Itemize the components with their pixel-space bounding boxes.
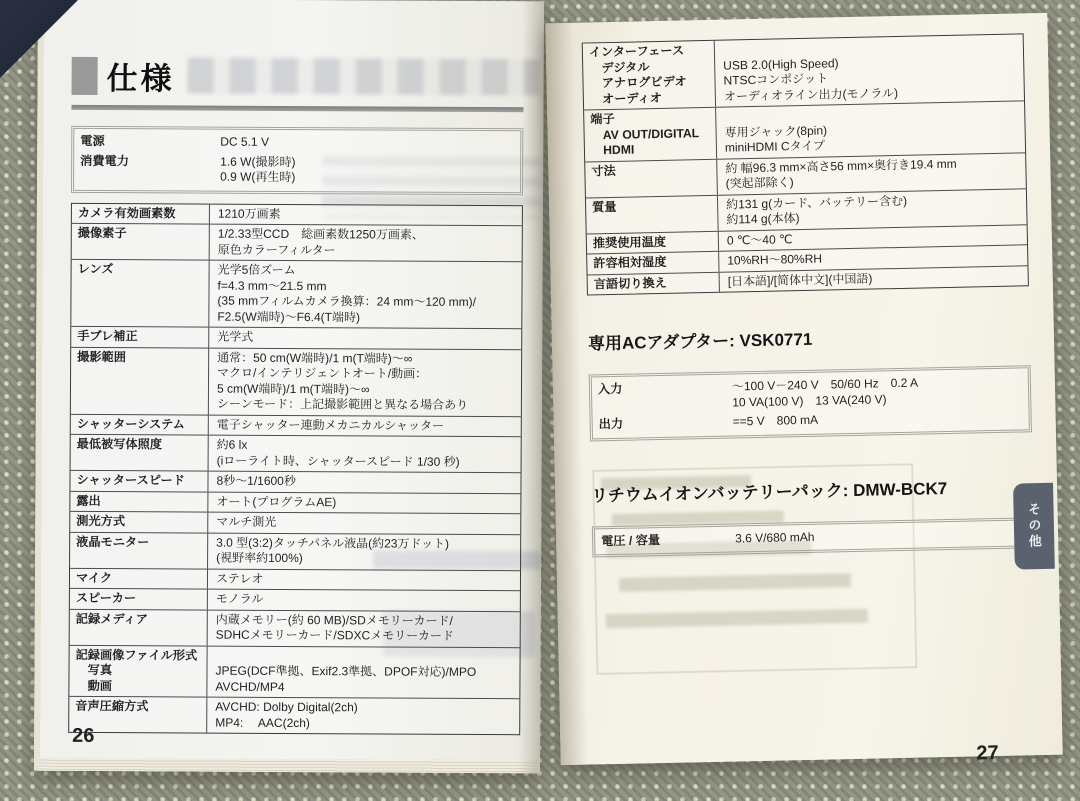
- spec-value-line: ステレオ: [216, 571, 516, 588]
- spec-label-line: 言語切り換え: [594, 274, 717, 292]
- spec-row: 消費電力1.6 W(撮影時)0.9 W(再生時): [74, 151, 520, 188]
- spec-label-line: 質量: [592, 197, 715, 215]
- spec-row: マイクステレオ: [70, 567, 520, 590]
- spec-value-line: AVCHD/MP4: [215, 679, 515, 696]
- spec-row: インターフェース デジタル アナログビデオ オーディオUSB 2.0(High …: [583, 34, 1024, 109]
- camera-spec-table: カメラ有効画素数1210万画素撮像素子1/2.33型CCD 総画素数1250万画…: [68, 202, 523, 735]
- spec-value-line: マルチ測光: [216, 515, 516, 532]
- spec-value-line: AVCHD: Dolby Digital(2ch): [215, 700, 515, 717]
- spec-row: 手ブレ補正光学式: [71, 326, 521, 349]
- spec-label-line: 入力: [598, 380, 722, 398]
- spec-label: 推奨使用温度: [587, 231, 719, 253]
- spec-value-line: 光学式: [217, 330, 517, 347]
- spec-label-line: 電源: [80, 134, 210, 150]
- spec-value-line: (35 mmフィルムカメラ換算：24 mm～120 mm)/: [217, 294, 517, 311]
- spec-value-line: f=4.3 mm～21.5 mm: [217, 278, 517, 295]
- page-number-left: 26: [72, 725, 94, 748]
- right-page: インターフェース デジタル アナログビデオ オーディオUSB 2.0(High …: [545, 13, 1062, 765]
- spec-label: 記録画像ファイル形式 写真 動画: [69, 645, 207, 696]
- spec-row: シャッタースピード8秒～1/1600秒: [70, 470, 520, 493]
- spec-value-line: 通常：50 cm(W端時)/1 m(T端時)～∞: [217, 350, 517, 367]
- spec-value: 8秒～1/1600秒: [208, 472, 520, 493]
- spec-label: シャッターシステム: [71, 414, 209, 434]
- spec-value-line: SDHCメモリーカード/SDXCメモリーカード: [216, 628, 516, 645]
- spec-label: 露出: [70, 491, 208, 511]
- spec-label-line: 音声圧縮方式: [75, 699, 204, 715]
- spec-label: スピーカー: [70, 589, 208, 609]
- spec-row: 端子 AV OUT/DIGITAL HDMI専用ジャック(8pin)miniHD…: [584, 100, 1025, 161]
- spec-label: 記録メディア: [70, 609, 208, 645]
- interface-spec-table: インターフェース デジタル アナログビデオ オーディオUSB 2.0(High …: [582, 33, 1029, 295]
- left-page: 仕様 電源DC 5.1 V消費電力1.6 W(撮影時)0.9 W(再生時) カメ…: [34, 0, 544, 773]
- spec-label: 出力: [593, 413, 725, 435]
- spec-value: 約 幅96.3 mm×高さ56 mm×奥行き19.4 mm(突起部除く): [717, 153, 1026, 194]
- spec-label: カメラ有効画素数: [72, 203, 210, 223]
- spec-value-line: ==5 V 800 mA: [733, 408, 1025, 430]
- right-page-content: インターフェース デジタル アナログビデオ オーディオUSB 2.0(High …: [546, 33, 1063, 785]
- spec-label: 手ブレ補正: [71, 327, 209, 347]
- spec-row: 測光方式マルチ測光: [70, 511, 520, 534]
- spec-row: 記録メディア内蔵メモリー(約 60 MB)/SDメモリーカード/SDHCメモリー…: [70, 608, 520, 646]
- spec-value-line: [日本語]/[简体中文](中国語): [728, 268, 1024, 290]
- spec-row: レンズ光学5倍ズームf=4.3 mm～21.5 mm(35 mmフィルムカメラ換…: [71, 259, 521, 328]
- spec-label-line: 寸法: [591, 161, 714, 179]
- spec-label-line: 消費電力: [80, 153, 210, 169]
- spec-row: スピーカーモノラル: [70, 588, 520, 611]
- spec-value: 3.6 V/680 mAh: [727, 523, 1031, 549]
- spec-label-line: 液晶モニター: [76, 534, 205, 550]
- spec-value: 通常：50 cm(W端時)/1 m(T端時)～∞マクロ/インテリジェントオート/…: [209, 348, 521, 416]
- spec-label-line: 許容相対湿度: [593, 254, 716, 272]
- spec-label-line: シャッターシステム: [77, 416, 206, 432]
- spec-label: インターフェース デジタル アナログビデオ オーディオ: [583, 41, 716, 110]
- spec-value: モノラル: [208, 590, 520, 611]
- spec-value: 1210万画素: [210, 204, 522, 225]
- spec-label-line: カメラ有効画素数: [78, 205, 207, 221]
- spec-label-line: 撮像素子: [78, 226, 207, 242]
- spec-value: 光学式: [209, 328, 521, 349]
- spec-value-line: 原色カラーフィルター: [218, 242, 518, 259]
- section-tab-sonota: その他: [1013, 483, 1055, 570]
- spec-row: 音声圧縮方式AVCHD: Dolby Digital(2ch)MP4: AAC(…: [69, 696, 519, 734]
- spec-label: 質量: [586, 195, 719, 233]
- spec-value: USB 2.0(High Speed)NTSCコンポジットオーディオライン出力(…: [715, 34, 1024, 106]
- spec-value-line: 8秒～1/1600秒: [216, 474, 516, 491]
- spec-value-line: シーンモード：上記撮影範囲と異なる場合あり: [217, 397, 517, 414]
- spec-label: 言語切り換え: [588, 272, 720, 294]
- spec-value-line: 内蔵メモリー(約 60 MB)/SDメモリーカード/: [216, 612, 516, 629]
- spec-label-line: オーディオ: [590, 89, 713, 107]
- spec-value-line: (iローライト時、シャッタースピード 1/30 秒): [217, 453, 517, 470]
- spec-value: AVCHD: Dolby Digital(2ch)MP4: AAC(2ch): [207, 698, 519, 735]
- ac-adapter-heading: 専用ACアダプター: VSK0771: [588, 320, 1030, 354]
- spec-value-line: 電子シャッター連動メカニカルシャッター: [217, 417, 517, 434]
- spec-label: シャッタースピード: [70, 471, 208, 491]
- battery-heading: リチウムイオンバッテリーパック: DMW-BCK7: [591, 472, 1033, 506]
- spec-label-line: 写真: [75, 663, 204, 679]
- spec-label-line: レンズ: [78, 262, 207, 278]
- spec-value: マルチ測光: [208, 513, 520, 534]
- spec-value: 専用ジャック(8pin)miniHDMI Cタイプ: [716, 101, 1025, 158]
- spec-value: 光学5倍ズームf=4.3 mm～21.5 mm(35 mmフィルムカメラ換算：2…: [209, 261, 521, 329]
- spec-value-line: (視野率約100%): [216, 551, 516, 568]
- ac-adapter-box: 入力～100 V－240 V 50/60 Hz 0.2 A10 VA(100 V…: [589, 365, 1032, 441]
- spec-label: 液晶モニター: [70, 532, 208, 568]
- spec-value-line: マクロ/インテリジェントオート/動画：: [217, 366, 517, 383]
- spec-label: 測光方式: [70, 512, 208, 532]
- spec-value-line: 約6 lx: [217, 438, 517, 455]
- spec-value-line: 1210万画素: [218, 206, 518, 223]
- spec-label: 寸法: [585, 159, 718, 197]
- section-header: 仕様: [72, 0, 525, 100]
- spec-value-line: 5 cm(W端時)/1 m(T端時)～∞: [217, 381, 517, 398]
- section-tab-label: その他: [1024, 502, 1044, 550]
- spec-row: 撮像素子1/2.33型CCD 総画素数1250万画素、原色カラーフィルター: [72, 223, 522, 261]
- title-marker: [72, 56, 98, 94]
- spec-label-line: 動画: [75, 678, 204, 694]
- spec-label-line: 露出: [76, 493, 205, 509]
- spec-row: 最低被写体照度約6 lx(iローライト時、シャッタースピード 1/30 秒): [71, 434, 521, 472]
- spec-value-line: JPEG(DCF準拠、Exif2.3準拠、DPOF対応)/MPO: [215, 664, 515, 681]
- header-rule: [71, 105, 523, 112]
- spec-row: 電源DC 5.1 V: [74, 132, 520, 154]
- spec-value: DC 5.1 V: [212, 133, 520, 154]
- spec-value-line: モノラル: [216, 592, 516, 609]
- spec-value: 約6 lx(iローライト時、シャッタースピード 1/30 秒): [209, 436, 521, 473]
- spec-label: レンズ: [71, 260, 209, 327]
- spec-label-line: 測光方式: [76, 514, 205, 530]
- spec-value: 約131 g(カード、バッテリー含む)約114 g(本体): [718, 189, 1027, 230]
- spec-label: 最低被写体照度: [71, 435, 209, 471]
- spec-value: ステレオ: [208, 569, 520, 590]
- spec-row: カメラ有効画素数1210万画素: [72, 203, 522, 225]
- spec-value: 内蔵メモリー(約 60 MB)/SDメモリーカード/SDHCメモリーカード/SD…: [208, 610, 520, 647]
- spec-row: 撮影範囲通常：50 cm(W端時)/1 m(T端時)～∞マクロ/インテリジェント…: [71, 346, 521, 415]
- spec-value: 1.6 W(撮影時)0.9 W(再生時): [212, 152, 520, 189]
- spec-row: 液晶モニター3.0 型(3:2)タッチパネル液晶(約23万ドット)(視野率約10…: [70, 531, 520, 569]
- spec-label: マイク: [70, 568, 208, 588]
- spec-value: 1/2.33型CCD 総画素数1250万画素、原色カラーフィルター: [210, 225, 522, 262]
- spec-label: 端子 AV OUT/DIGITAL HDMI: [584, 108, 717, 161]
- spec-row: シャッターシステム電子シャッター連動メカニカルシャッター: [71, 413, 521, 436]
- spec-label: 電圧 / 容量: [595, 529, 727, 551]
- spec-value-line: 光学5倍ズーム: [218, 263, 518, 280]
- spec-label-line: 手ブレ補正: [77, 329, 206, 345]
- spec-label-line: スピーカー: [76, 591, 205, 607]
- spec-label: 撮影範囲: [71, 347, 209, 414]
- battery-box: 電圧 / 容量3.6 V/680 mAh: [592, 517, 1035, 558]
- spec-value-line: MP4: AAC(2ch): [215, 715, 515, 732]
- spec-value: 電子シャッター連動メカニカルシャッター: [209, 415, 521, 436]
- spec-label: 消費電力: [74, 151, 212, 187]
- spec-label: 撮像素子: [72, 224, 210, 260]
- spec-value-line: 1/2.33型CCD 総画素数1250万画素、: [218, 227, 518, 244]
- spec-value-line: 1.6 W(撮影時): [220, 154, 516, 171]
- spec-value: オート(プログラムAE): [208, 492, 520, 513]
- page-number-right: 27: [976, 742, 999, 765]
- spec-value-line: 0.9 W(再生時): [220, 170, 516, 187]
- spec-value-line: F2.5(W端時)～F6.4(T端時): [217, 309, 517, 326]
- spec-label-line: 出力: [599, 415, 723, 433]
- spec-label-line: AV OUT/DIGITAL: [590, 125, 713, 143]
- spec-value: 3.0 型(3:2)タッチパネル液晶(約23万ドット)(視野率約100%): [208, 533, 520, 570]
- spec-label-line: 電圧 / 容量: [601, 531, 725, 549]
- spec-row: 露出オート(プログラムAE): [70, 490, 520, 513]
- spec-value-line: 3.0 型(3:2)タッチパネル液晶(約23万ドット): [216, 535, 516, 552]
- spec-value-line: 3.6 V/680 mAh: [735, 525, 1027, 547]
- spec-label-line: 撮影範囲: [77, 349, 206, 365]
- spec-row: 電圧 / 容量3.6 V/680 mAh: [595, 523, 1031, 552]
- spec-label-line: HDMI: [591, 141, 714, 159]
- spec-label-line: マイク: [76, 570, 205, 586]
- spec-value-line: オート(プログラムAE): [216, 494, 516, 511]
- spec-value-line: DC 5.1 V: [220, 135, 516, 152]
- spec-label-line: シャッタースピード: [76, 473, 205, 489]
- page-title: 仕様: [107, 53, 175, 98]
- power-spec-box: 電源DC 5.1 V消費電力1.6 W(撮影時)0.9 W(再生時): [71, 126, 523, 195]
- spec-label-line: 記録メディア: [76, 611, 205, 627]
- spec-label-line: 最低被写体照度: [77, 437, 206, 453]
- left-page-content: 仕様 電源DC 5.1 V消費電力1.6 W(撮影時)0.9 W(再生時) カメ…: [34, 0, 544, 773]
- spec-label: 許容相対湿度: [587, 252, 719, 274]
- spec-value: JPEG(DCF準拠、Exif2.3準拠、DPOF対応)/MPOAVCHD/MP…: [207, 646, 519, 698]
- spec-value-line: [216, 648, 516, 665]
- page-stack-edge-bottom: [38, 758, 538, 774]
- spec-row: 記録画像ファイル形式 写真 動画JPEG(DCF準拠、Exif2.3準拠、DPO…: [69, 644, 519, 698]
- spec-label: 電源: [74, 132, 212, 152]
- spec-label: 入力: [592, 378, 725, 416]
- spec-label-line: 推奨使用温度: [593, 233, 716, 251]
- photo-scene: 仕様 電源DC 5.1 V消費電力1.6 W(撮影時)0.9 W(再生時) カメ…: [0, 0, 1080, 801]
- spec-label-line: 記録画像ファイル形式: [76, 647, 205, 663]
